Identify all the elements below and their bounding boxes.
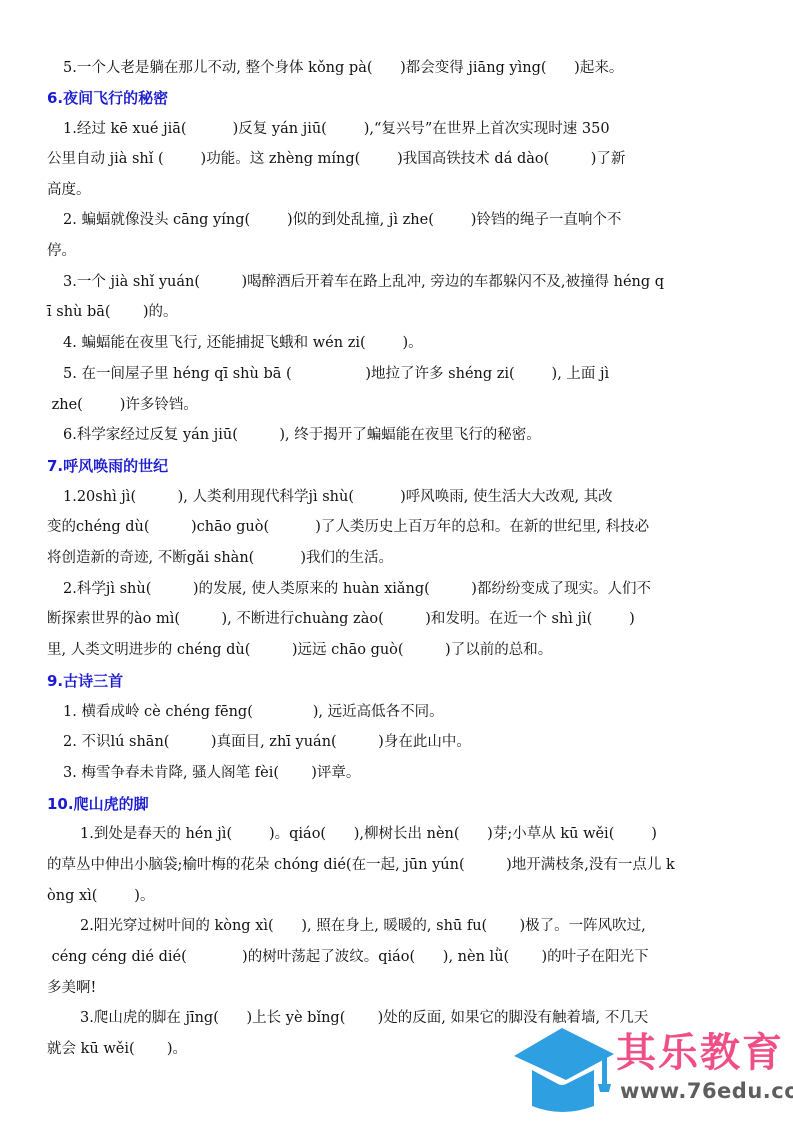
section-heading-7: 7.呼风唤雨的世纪 [47,456,168,476]
s7-line-1: 1.20shì jì( ), 人类利用现代科学jì shù( )呼风唤雨, 使生… [63,487,613,507]
s6-line-8: 4. 蝙蝠能在夜里飞行, 还能捕捉飞蛾和 wén zi( )。 [63,333,423,353]
s7-line-3: 将创造新的奇迹, 不断gǎi shàn( )我们的生活。 [47,548,393,568]
section-heading-9: 9.古诗三首 [47,671,123,691]
s7-line-5: 断探索世界的ào mì( ), 不断进行chuàng zào( )和发明。在近一… [47,609,635,629]
section-heading-6: 6.夜间飞行的秘密 [47,88,168,108]
s6-line-11: 6.科学家经过反复 yán jiū( ), 终于揭开了蝙蝠能在夜里飞行的秘密。 [63,425,541,445]
section-heading-10: 10.爬山虎的脚 [47,794,149,814]
s10-line-1: 1.到处是春天的 hén jì( )。qiáo( ),柳树长出 nèn( )芽;… [80,824,657,844]
s10-line-6: 多美啊! [47,978,96,998]
s10-line-4: 2.阳光穿过树叶间的 kòng xì( ), 照在身上, 暖暖的, shū fu… [80,916,646,936]
s6-line-10: zhe( )许多铃铛。 [47,395,198,415]
s6-line-2: 公里自动 jià shǐ ( )功能。这 zhèng míng( )我国高铁技术… [47,149,625,169]
s9-line-2: 2. 不识lú shān( )真面目, zhī yuán( )身在此山中。 [63,732,471,752]
s6-line-6: 3.一个 jià shǐ yuán( )喝醉酒后开着车在路上乱冲, 旁边的车都躲… [63,272,664,292]
s6-line-4: 2. 蝙蝠就像没头 cāng yíng( )似的到处乱撞, jì zhe( )铃… [63,210,621,230]
s9-line-1: 1. 横看成岭 cè chéng fēng( ), 远近高低各不同。 [63,702,444,722]
s10-line-3: òng xì( )。 [47,886,154,906]
s10-line-2: 的草丛中伸出小脑袋;榆叶梅的花朵 chóng dié(在一起, jūn yún(… [47,855,675,875]
s7-line-2: 变的chéng dù( )chāo guò( )了人类历史上百万年的总和。在新的… [47,517,649,537]
s6-line-3: 高度。 [47,180,91,200]
s10-line-8: 就会 kū wěi( )。 [47,1039,187,1059]
watermark-logo: 其乐教育 www.76edu.com [510,1020,790,1120]
s7-line-6: 里, 人类文明进步的 chéng dù( )远远 chāo guò( )了以前的… [47,640,552,660]
graduation-cap-icon [510,1020,620,1120]
s6-line-9: 5. 在一间屋子里 héng qī shù bā ( )地拉了许多 shéng … [63,364,609,384]
question-5-line: 5.一个人老是躺在那儿不动, 整个身体 kǒng pà( )都会变得 jiāng… [63,58,623,78]
s6-line-5: 停。 [47,241,76,261]
s9-line-3: 3. 梅雪争春未肯降, 骚人阁笔 fèi( )评章。 [63,763,360,783]
watermark-url: www.76edu.com [620,1078,793,1104]
worksheet-page: 5.一个人老是躺在那儿不动, 整个身体 kǒng pà( )都会变得 jiāng… [0,0,793,1122]
watermark-title: 其乐教育 [616,1030,784,1076]
s7-line-4: 2.科学jì shù( )的发展, 使人类原来的 huàn xiǎng( )都纷… [63,579,651,599]
s10-line-5: céng céng dié dié( )的树叶荡起了波纹。qiáo( ), nè… [47,947,649,967]
s6-line-1: 1.经过 kē xué jiā( )反复 yán jiū( ),“复兴号”在世界… [63,119,610,139]
s6-line-7: ī shù bā( )的。 [47,302,177,322]
